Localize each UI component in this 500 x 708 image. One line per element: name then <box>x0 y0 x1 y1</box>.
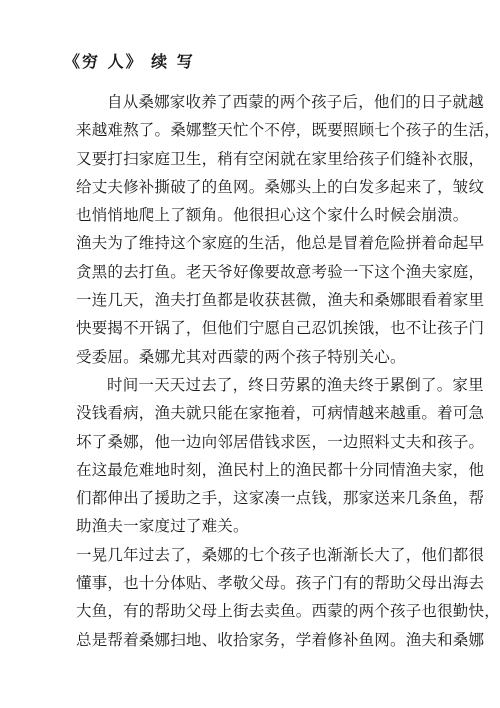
text-line: 自从桑娜家收养了西蒙的两个孩子后，他们的日子就越 <box>76 88 476 116</box>
text-line: 来越难熬了。桑娜整天忙个不停，既要照顾七个孩子的生活， <box>76 116 476 144</box>
text-line: 给丈夫修补撕破了的鱼网。桑娜头上的白发多起来了，皱纹 <box>76 173 476 201</box>
text-line: 也悄悄地爬上了额角。他很担心这个家什么时候会崩溃。 <box>76 201 476 229</box>
text-line: 受委屈。桑娜尤其对西蒙的两个孩子特别关心。 <box>76 343 476 371</box>
text-line: 快要揭不开锅了，但他们宁愿自己忍饥挨饿，也不让孩子门 <box>76 314 476 342</box>
text-line: 坏了桑娜，他一边向邻居借钱求医，一边照料丈夫和孩子。 <box>76 428 476 456</box>
text-line: 在这最危难地时刻，渔民村上的渔民都十分同情渔夫家，他 <box>76 456 476 484</box>
text-line: 渔夫为了维持这个家庭的生活，他总是冒着危险拼着命起早 <box>76 229 476 257</box>
text-line: 一连几天，渔夫打鱼都是收获甚微，渔夫和桑娜眼看着家里 <box>76 286 476 314</box>
document-body: 自从桑娜家收养了西蒙的两个孩子后，他们的日子就越 来越难熬了。桑娜整天忙个不停，… <box>76 88 476 654</box>
text-line: 总是帮着桑娜扫地、收拾家务，学着修补鱼网。渔夫和桑娜 <box>76 626 476 654</box>
text-line: 没钱看病，渔夫就只能在家拖着，可病情越来越重。着可急 <box>76 399 476 427</box>
text-line: 们都伸出了援助之手，这家凑一点钱，那家送来几条鱼，帮 <box>76 484 476 512</box>
text-line: 助渔夫一家度过了难关。 <box>76 512 476 540</box>
text-line: 贪黑的去打鱼。老天爷好像要故意考验一下这个渔夫家庭， <box>76 258 476 286</box>
text-line: 大鱼，有的帮助父母上街去卖鱼。西蒙的两个孩子也很勤快， <box>76 597 476 625</box>
text-line: 时间一天天过去了，终日劳累的渔夫终于累倒了。家里 <box>76 371 476 399</box>
text-line: 懂事，也十分体贴、孝敬父母。孩子门有的帮助父母出海去 <box>76 569 476 597</box>
text-line: 又要打扫家庭卫生，稍有空闲就在家里给孩子们缝补衣服， <box>76 145 476 173</box>
text-line: 一晃几年过去了，桑娜的七个孩子也渐渐长大了，他们都很 <box>76 541 476 569</box>
document-title: 《穷 人》 续 写 <box>64 49 195 72</box>
